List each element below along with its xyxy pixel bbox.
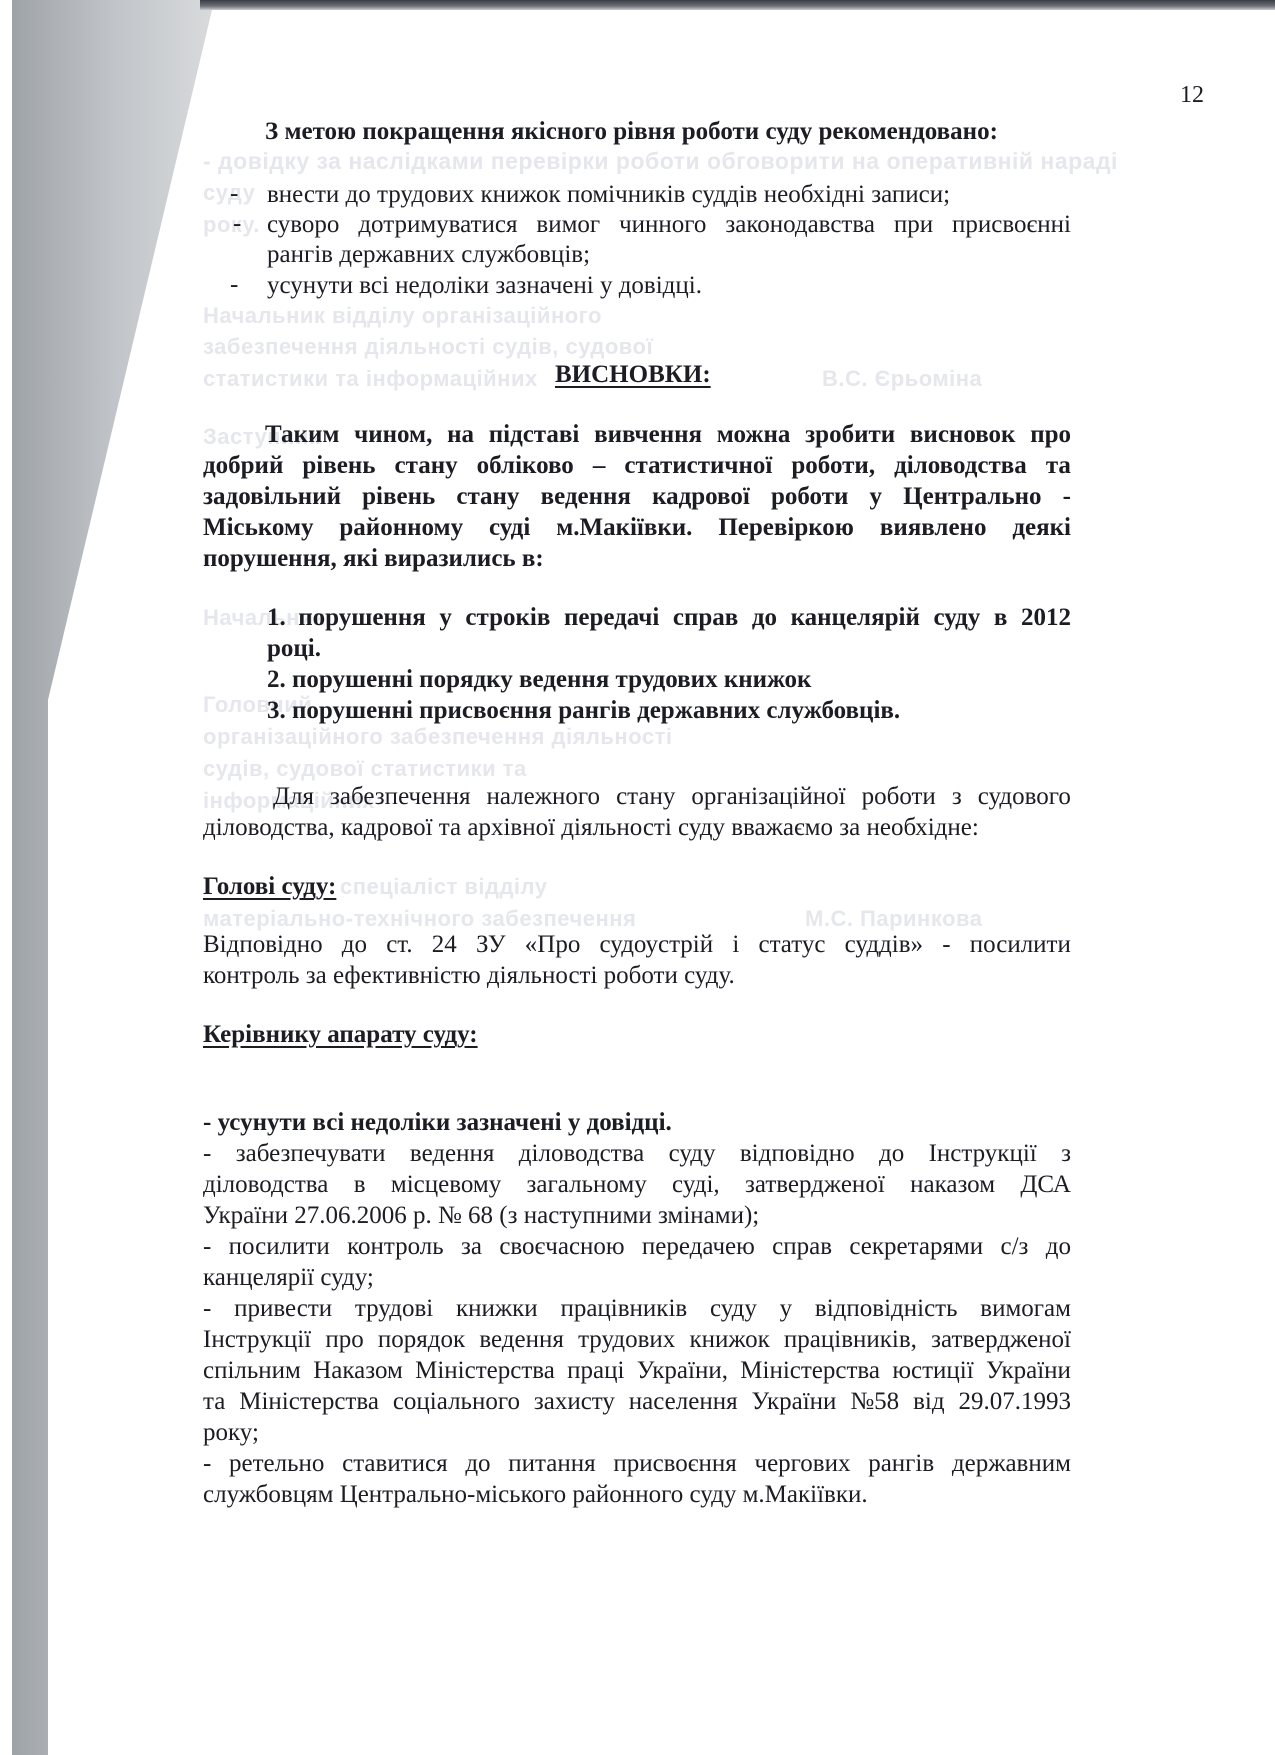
list-item: сувородотримуватисявимогчинногозаконодав… xyxy=(267,210,1071,240)
word: виявлено xyxy=(880,513,987,543)
word: – xyxy=(593,451,606,481)
word: Центрально xyxy=(903,482,1041,512)
word: статистичної xyxy=(624,451,772,481)
word: відповідність xyxy=(815,1294,958,1324)
word: трудових xyxy=(578,1325,675,1355)
bleed-through-text: судів, судової статистики та xyxy=(203,756,527,782)
word: ДСА xyxy=(1020,1170,1071,1200)
word: при xyxy=(894,210,933,240)
word: задовільний xyxy=(203,482,341,512)
word: забезпечувати xyxy=(236,1139,386,1169)
action-item: -привеститрудовікнижкипрацівниківсудууві… xyxy=(203,1294,1071,1324)
word: у xyxy=(870,482,883,512)
word: чергових xyxy=(755,1449,851,1479)
word: 1. порушення xyxy=(267,603,426,633)
word: рангів xyxy=(868,1449,934,1479)
bleed-through-text: матеріально-технічного забезпечення xyxy=(203,906,636,932)
word: передачі xyxy=(564,603,659,633)
word: №58 xyxy=(850,1387,899,1417)
action-item-line: року; xyxy=(203,1418,259,1448)
word: справ xyxy=(673,603,738,633)
action-item-line: Інструкціїпропорядокведеннятрудовихкнижо… xyxy=(203,1325,1071,1355)
word: «Про xyxy=(525,930,581,960)
conclusions-heading: ВИСНОВКИ: xyxy=(555,360,711,390)
word: до xyxy=(342,930,367,960)
word: і xyxy=(732,930,739,960)
word: та xyxy=(1046,451,1071,481)
word: суді, xyxy=(672,1170,720,1200)
word: до xyxy=(1046,1232,1071,1262)
word: державним xyxy=(952,1449,1071,1479)
word: 2012 xyxy=(1021,603,1071,633)
word: законодавства xyxy=(725,210,875,240)
action-item-line: України 27.06.2006 р. № 68 (з наступними… xyxy=(203,1201,759,1231)
word: Міністерства xyxy=(239,1387,379,1417)
word: спільним xyxy=(203,1356,301,1386)
word: на xyxy=(447,420,474,450)
action-item: -забезпечувативеденняділоводствасудувідп… xyxy=(203,1139,1071,1169)
word: посилити xyxy=(229,1232,330,1262)
word: судового xyxy=(978,782,1071,812)
word: суді xyxy=(489,513,530,543)
word: суду xyxy=(710,1294,757,1324)
word: Міністерства xyxy=(740,1356,880,1386)
bleed-through-text: М.С. Паринкова xyxy=(805,906,982,932)
word: - xyxy=(203,1232,211,1262)
word: привести xyxy=(234,1294,332,1324)
paragraph-line: задовільнийрівеньстануведеннякадровоїроб… xyxy=(203,482,1071,512)
paragraph-line: діловодства, кадрової та архівної діяльн… xyxy=(203,813,979,843)
word: підставі xyxy=(489,420,580,450)
word: 24 xyxy=(432,930,457,960)
word: належного xyxy=(486,782,600,812)
word: - xyxy=(942,930,950,960)
action-item-line: діловодствавмісцевомузагальномусуді,затв… xyxy=(203,1170,1071,1200)
word: соціального xyxy=(393,1387,520,1417)
page-number: 12 xyxy=(1180,82,1204,109)
paragraph-line: добрийрівеньстануобліково–статистичноїро… xyxy=(203,451,1071,481)
list-item: 2. порушенні порядку ведення трудових кн… xyxy=(267,665,811,695)
word: секретарями xyxy=(849,1232,983,1262)
word: наказом xyxy=(910,1170,995,1200)
word: України xyxy=(986,1356,1071,1386)
word: обліково xyxy=(477,451,574,481)
word: про xyxy=(1030,420,1071,450)
word: юстиції xyxy=(892,1356,973,1386)
word: статус xyxy=(758,930,825,960)
word: до xyxy=(879,1139,904,1169)
bleed-through-text: забезпечення діяльності судів, судової xyxy=(203,334,653,360)
word: рівень xyxy=(302,451,375,481)
word: - xyxy=(203,1294,211,1324)
word: забезпечення xyxy=(330,782,470,812)
word: затвердженої xyxy=(745,1170,885,1200)
word: про xyxy=(325,1325,363,1355)
word: місцевому xyxy=(391,1170,501,1200)
paragraph-line: Такимчином,напідставівивченняможназробит… xyxy=(265,420,1071,450)
word: порядок xyxy=(378,1325,465,1355)
list-bullet: - xyxy=(230,271,238,299)
bold-action-item: - усунути всі недоліки зазначені у довід… xyxy=(203,1108,672,1138)
word: організаційної xyxy=(691,782,845,812)
word: строків xyxy=(465,603,550,633)
bleed-through-text: статистики та інформаційних xyxy=(203,366,538,392)
word: стану xyxy=(456,482,519,512)
word: Міністерства xyxy=(415,1356,555,1386)
word: України, xyxy=(637,1356,728,1386)
word: кадрової xyxy=(652,482,750,512)
word: працівників xyxy=(560,1294,687,1324)
word: в xyxy=(354,1170,366,1200)
word: канцелярій xyxy=(791,603,920,633)
action-item: -посилитиконтрользасвоєчасноюпередачеюсп… xyxy=(203,1232,1071,1262)
word: трудові xyxy=(355,1294,433,1324)
word: у xyxy=(780,1294,793,1324)
recommendation-intro: З метою покращення якісного рівня роботи… xyxy=(265,117,998,147)
word: присвоєнні xyxy=(952,210,1071,240)
list-bullet: - xyxy=(233,210,241,238)
word: Перевіркою xyxy=(718,513,854,543)
word: посилити xyxy=(970,930,1071,960)
section-heading: Голові суду: xyxy=(203,872,336,902)
word: присвоєння xyxy=(613,1449,736,1479)
word: контроль xyxy=(347,1232,444,1262)
word: - xyxy=(203,1139,211,1169)
word: можна xyxy=(717,420,791,450)
word: питання xyxy=(508,1449,595,1479)
word: стану xyxy=(395,451,458,481)
section-heading: Керівнику апарату суду: xyxy=(203,1020,478,1050)
word: та xyxy=(203,1387,225,1417)
word: роботи xyxy=(862,782,936,812)
word: вимогам xyxy=(980,1294,1071,1324)
list-item-continuation: році. xyxy=(267,634,321,664)
word: книжки xyxy=(456,1294,538,1324)
action-item-line: канцелярії суду; xyxy=(203,1263,374,1293)
word: діловодства xyxy=(519,1139,644,1169)
word: Відповідно xyxy=(203,930,323,960)
word: м.Макіївки. xyxy=(556,513,692,543)
list-item: внести до трудових книжок помічників суд… xyxy=(267,180,950,210)
list-item: 3. порушенні присвоєння рангів державних… xyxy=(267,696,900,726)
word: чином, xyxy=(354,420,432,450)
word: книжок xyxy=(690,1325,770,1355)
word: районному xyxy=(339,513,463,543)
word: ведення xyxy=(479,1325,564,1355)
word: в xyxy=(994,603,1008,633)
word: до xyxy=(465,1449,490,1479)
action-item: -ретельноставитисядопитанняприсвоєннячер… xyxy=(203,1449,1071,1479)
word: діловодства xyxy=(894,451,1027,481)
paragraph-line: порушення, які виразились в: xyxy=(203,544,544,574)
word: своєчасною xyxy=(499,1232,624,1262)
word: працівників, xyxy=(784,1325,917,1355)
action-item-line: таМіністерствасоціальногозахистунаселенн… xyxy=(203,1387,1071,1417)
paragraph-line: Відповіднодост.24ЗУ«Просудоустрійістатус… xyxy=(203,930,1071,960)
paragraph-line: Міськомурайонномусудім.Макіївки.Перевірк… xyxy=(203,513,1071,543)
paragraph-line: Длязабезпеченняналежногостануорганізацій… xyxy=(273,782,1071,812)
word: висновок xyxy=(910,420,1016,450)
word: діловодства xyxy=(203,1170,328,1200)
word: суду xyxy=(669,1139,716,1169)
word: рівень xyxy=(362,482,435,512)
word: з xyxy=(952,782,962,812)
word: стану xyxy=(616,782,675,812)
word: Таким xyxy=(265,420,339,450)
word: с/з xyxy=(1000,1232,1028,1262)
word: України xyxy=(751,1387,836,1417)
word: 29.07.1993 xyxy=(958,1387,1071,1417)
word: суворо xyxy=(267,210,339,240)
word: з xyxy=(1061,1139,1071,1169)
bleed-through-text: Начальник відділу організаційного xyxy=(203,303,602,329)
word: захисту xyxy=(534,1387,615,1417)
word: суддів» xyxy=(845,930,923,960)
word: від xyxy=(913,1387,944,1417)
word: добрий xyxy=(203,451,283,481)
word: справ xyxy=(772,1232,832,1262)
word: передачею xyxy=(642,1232,755,1262)
word: ретельно xyxy=(229,1449,324,1479)
word: Для xyxy=(273,782,314,812)
word: роботи, xyxy=(791,451,875,481)
word: ставитися xyxy=(342,1449,448,1479)
word: Інструкції xyxy=(929,1139,1037,1169)
word: дотримуватися xyxy=(358,210,517,240)
list-item: 1. порушенняустроківпередачісправдоканце… xyxy=(267,603,1071,633)
word: вивчення xyxy=(594,420,702,450)
document-page: - довідку за наслідками перевірки роботи… xyxy=(0,0,1275,1755)
word: відповідно xyxy=(740,1139,855,1169)
word: Наказом xyxy=(313,1356,403,1386)
word: вимог xyxy=(536,210,600,240)
word: - xyxy=(1063,482,1071,512)
word: за xyxy=(461,1232,482,1262)
word: судоустрій xyxy=(600,930,714,960)
word: населення xyxy=(629,1387,738,1417)
word: Інструкції xyxy=(203,1325,311,1355)
word: до xyxy=(752,603,777,633)
word: ст. xyxy=(386,930,412,960)
word: Міському xyxy=(203,513,314,543)
word: - xyxy=(203,1449,211,1479)
word: суду xyxy=(933,603,980,633)
word: ЗУ xyxy=(476,930,506,960)
bleed-through-text: В.С. Єрьоміна xyxy=(822,366,982,392)
action-item-line: спільнимНаказомМіністерствапраціУкраїни,… xyxy=(203,1356,1071,1386)
list-item-continuation: рангів державних службовців; xyxy=(267,240,590,270)
action-item-line: службовцям Центрально-міського районного… xyxy=(203,1480,868,1510)
word: затвердженої xyxy=(931,1325,1071,1355)
word: праці xyxy=(567,1356,624,1386)
bleed-through-text: - довідку за наслідками перевірки роботи… xyxy=(203,148,1118,175)
word: загальному xyxy=(527,1170,647,1200)
word: роботи xyxy=(771,482,848,512)
bleed-through-text: організаційного забезпечення діяльності xyxy=(203,724,673,750)
word: деякі xyxy=(1012,513,1071,543)
word: ведення xyxy=(410,1139,495,1169)
paragraph-line: контроль за ефективністю діяльності робо… xyxy=(203,961,735,991)
word: зробити xyxy=(805,420,895,450)
word: у xyxy=(439,603,452,633)
word: ведення xyxy=(541,482,631,512)
list-item: усунути всі недоліки зазначені у довідці… xyxy=(267,271,702,301)
word: чинного xyxy=(619,210,706,240)
bleed-through-text: року. xyxy=(203,212,260,238)
list-bullet: - xyxy=(230,180,238,208)
bleed-through-text: спеціаліст відділу xyxy=(340,874,547,900)
